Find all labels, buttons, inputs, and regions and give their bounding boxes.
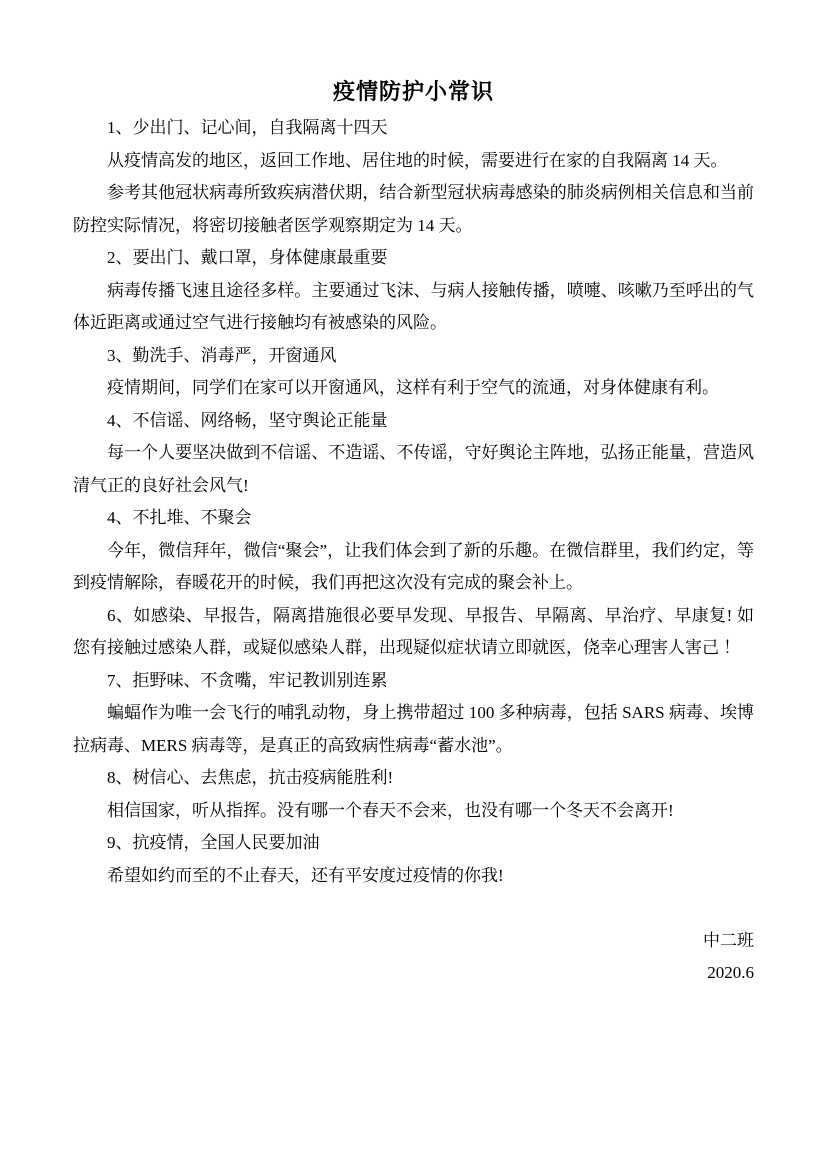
tip-body: 从疫情高发的地区，返回工作地、居住地的时候，需要进行在家的自我隔离 14 天。 [73,145,754,178]
tip-heading-6: 6、如感染、早报告，隔离措施很必要早发现、早报告、早隔离、早治疗、早康复! 如您… [73,600,754,665]
tip-heading-1: 1、少出门、记心间，自我隔离十四天 [73,112,754,145]
tip-heading-7: 7、拒野味、不贪嘴，牢记教训别连累 [73,665,754,698]
signature-block: 中二班 2020.6 [73,925,754,990]
tip-heading-2: 2、要出门、戴口罩，身体健康最重要 [73,242,754,275]
tip-body: 每一个人要坚决做到不信谣、不造谣、不传谣，守好舆论主阵地，弘扬正能量，营造风清气… [73,437,754,502]
document-page: 疫情防护小常识 1、少出门、记心间，自我隔离十四天 从疫情高发的地区，返回工作地… [0,0,827,1170]
tip-body: 希望如约而至的不止春天，还有平安度过疫情的你我! [73,860,754,893]
tip-heading-8: 8、树信心、去焦虑，抗击疫病能胜利! [73,762,754,795]
signature-date: 2020.6 [73,957,754,990]
tip-heading-4b: 4、不扎堆、不聚会 [73,502,754,535]
tip-body: 疫情期间，同学们在家可以开窗通风，这样有利于空气的流通，对身体健康有利。 [73,372,754,405]
tip-body: 病毒传播飞速且途径多样。主要通过飞沫、与病人接触传播，喷嚏、咳嗽乃至呼出的气体近… [73,275,754,340]
tip-heading-4: 4、不信谣、网络畅，坚守舆论正能量 [73,405,754,438]
tip-heading-9: 9、抗疫情，全国人民要加油 [73,827,754,860]
signature-class-name: 中二班 [73,925,754,958]
tip-body: 相信国家，听从指挥。没有哪一个春天不会来，也没有哪一个冬天不会离开! [73,795,754,828]
tip-body: 今年，微信拜年，微信“聚会”，让我们体会到了新的乐趣。在微信群里，我们约定，等到… [73,535,754,600]
tip-heading-3: 3、勤洗手、消毒严，开窗通风 [73,340,754,373]
document-title: 疫情防护小常识 [73,72,754,112]
tip-body: 蝙蝠作为唯一会飞行的哺乳动物，身上携带超过 100 多种病毒，包括 SARS 病… [73,697,754,762]
tip-body: 参考其他冠状病毒所致疾病潜伏期，结合新型冠状病毒感染的肺炎病例相关信息和当前防控… [73,177,754,242]
